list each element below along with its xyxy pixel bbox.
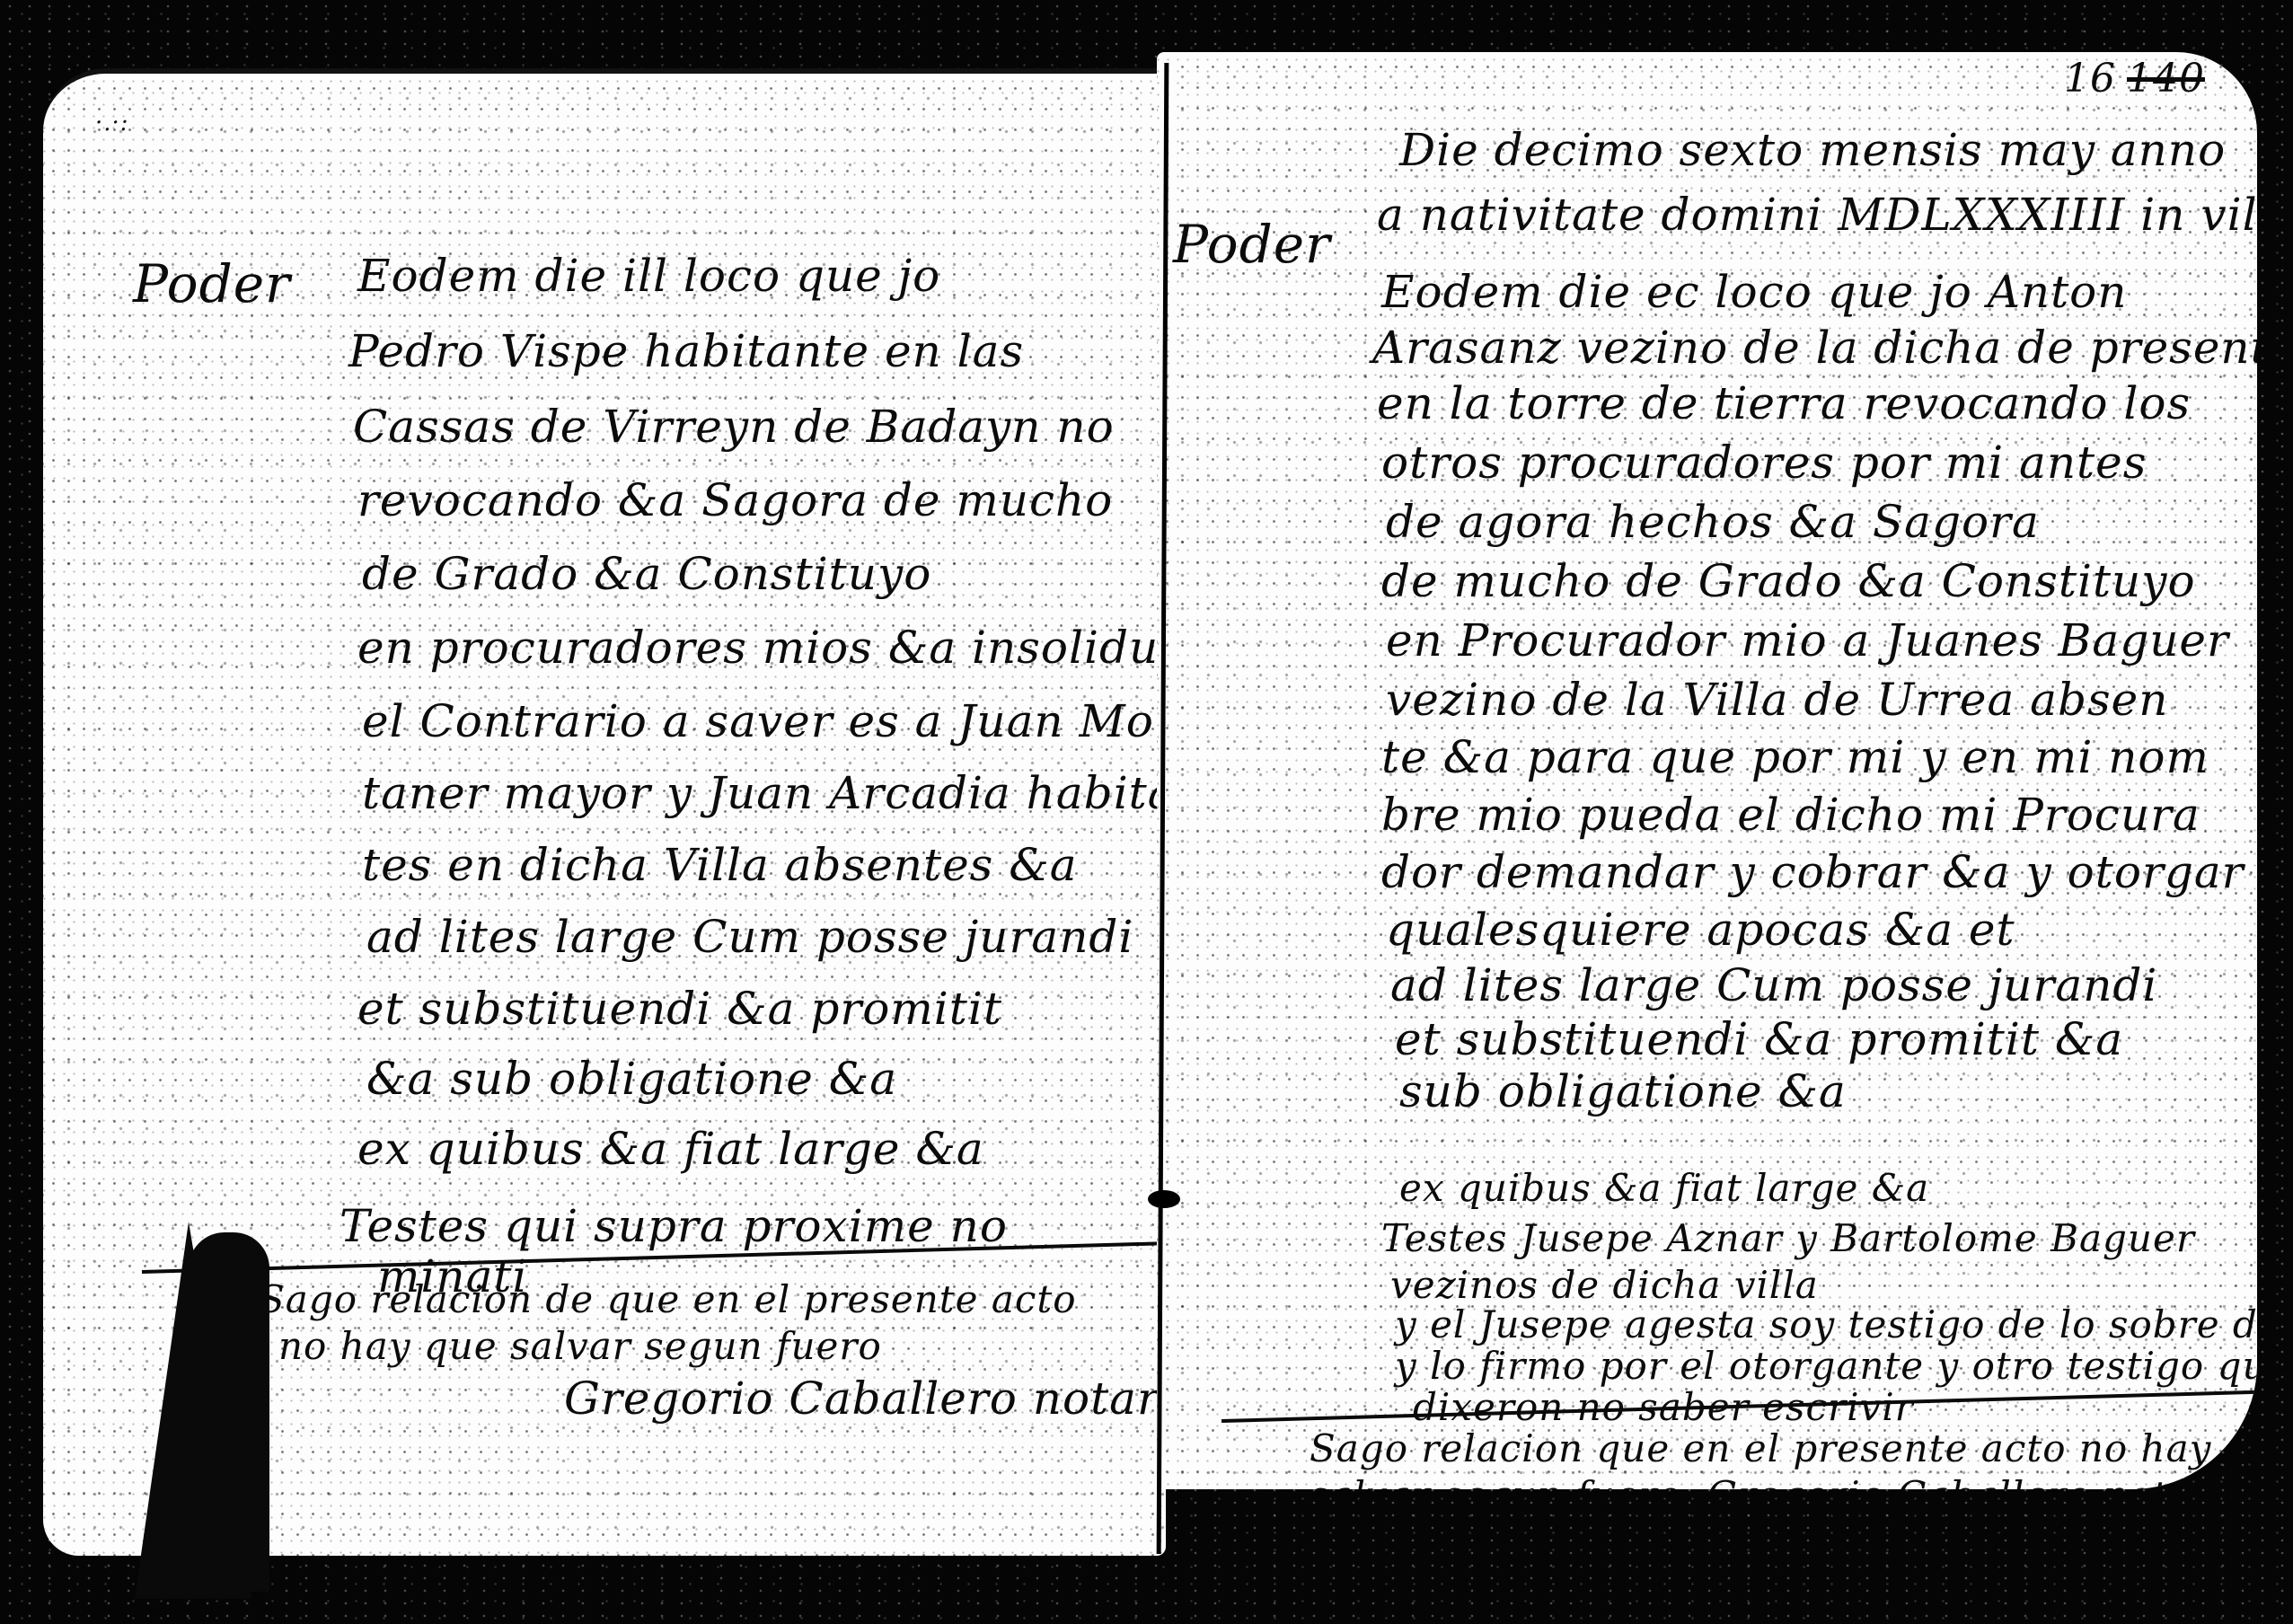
text-line: te &a para que por mi y en mi nom [1381,731,2209,783]
text-line: en Procurador mio a Juanes Baguer [1386,614,2229,666]
text-line: ex quibus &a fiat large &a [357,1123,984,1175]
text-line: qualesquiere apocas &a et [1386,904,2015,956]
page-number: 16 [2064,56,2116,101]
text-line: bre mio pueda el dicho mi Procura [1381,789,2200,841]
right-page: 16 140 Poder Die decimo sexto mensis may… [1157,52,2257,1489]
text-line: Cassas de Virreyn de Badayn no [353,401,1115,453]
text-line: ad lites large Cum posse jurandi [366,911,1133,963]
text-line: sub obligatione &a [1399,1065,1847,1117]
struck-page-number: 140 [2127,56,2205,101]
page-tab-shadow [189,1232,269,1592]
text-line: Pedro Vispe habitante en las [348,325,1024,377]
text-line: Testes qui supra proxime no [340,1200,1008,1252]
notary-signature: Gregorio Caballero notario [564,1372,1166,1425]
text-line: et substituendi &a promitit [357,983,1002,1035]
text-line: el Contrario a saver es a Juan Mon [362,695,1166,747]
text-line: tes en dicha Villa absentes &a [362,839,1078,891]
closing-line: Testes Jusepe Aznar y Bartolome Baguer [1381,1216,2195,1260]
footer-line: Sago relacion que en el presente acto no… [1310,1426,2257,1470]
text-line: dor demandar y cobrar &a y otorgar [1381,846,2244,898]
header-line: Die decimo sexto mensis may anno [1399,124,2226,176]
text-line: &a sub obligatione &a [366,1053,897,1105]
text-line: otros procuradores por mi antes [1381,437,2147,489]
text-line: de mucho de Grado &a Constituyo [1381,555,2196,607]
text-line: de agora hechos &a Sagora [1386,496,2040,548]
margin-heading: Poder [133,253,291,314]
text-line: en procuradores mios &a insolidum por [357,622,1166,674]
text-line: revocando &a Sagora de mucho [357,474,1113,526]
text-line: de Grado &a Constituyo [362,548,931,600]
text-line: vezino de la Villa de Urrea absen [1386,674,2168,726]
closing-line: vezinos de dicha villa [1390,1263,1819,1307]
corner-mark: ·.·: [95,110,129,137]
ink-blot [1148,1190,1180,1208]
text-line: et substituendi &a promitit &a [1395,1013,2123,1065]
footer-line: salvar segun fuero, Gregorio Caballero n… [1310,1473,2247,1489]
text-line: en la torre de tierra revocando los [1377,377,2191,429]
text-line: taner mayor y Juan Arcadia habitan [362,767,1166,819]
closing-line: y el Jusepe agesta soy testigo de lo sob… [1395,1302,2257,1346]
text-line: Arasanz vezino de la dicha de presente [1372,322,2257,374]
text-line: Eodem die ill loco que jo [357,250,940,302]
header-line: a nativitate domini MDLXXXIIII in villa … [1377,189,2257,241]
closing-line: ex quibus &a fiat large &a [1399,1166,1929,1210]
footer-line: no hay que salvar segun fuero [278,1324,882,1368]
text-line: Eodem die ec loco que jo Anton [1381,266,2127,318]
footer-line: Sago relacion de que en el presente acto [259,1277,1077,1321]
text-line: ad lites large Cum posse jurandi [1390,959,2157,1011]
margin-heading: Poder [1173,214,1331,275]
closing-line: y lo firmo por el otorgante y otro testi… [1395,1344,2257,1388]
